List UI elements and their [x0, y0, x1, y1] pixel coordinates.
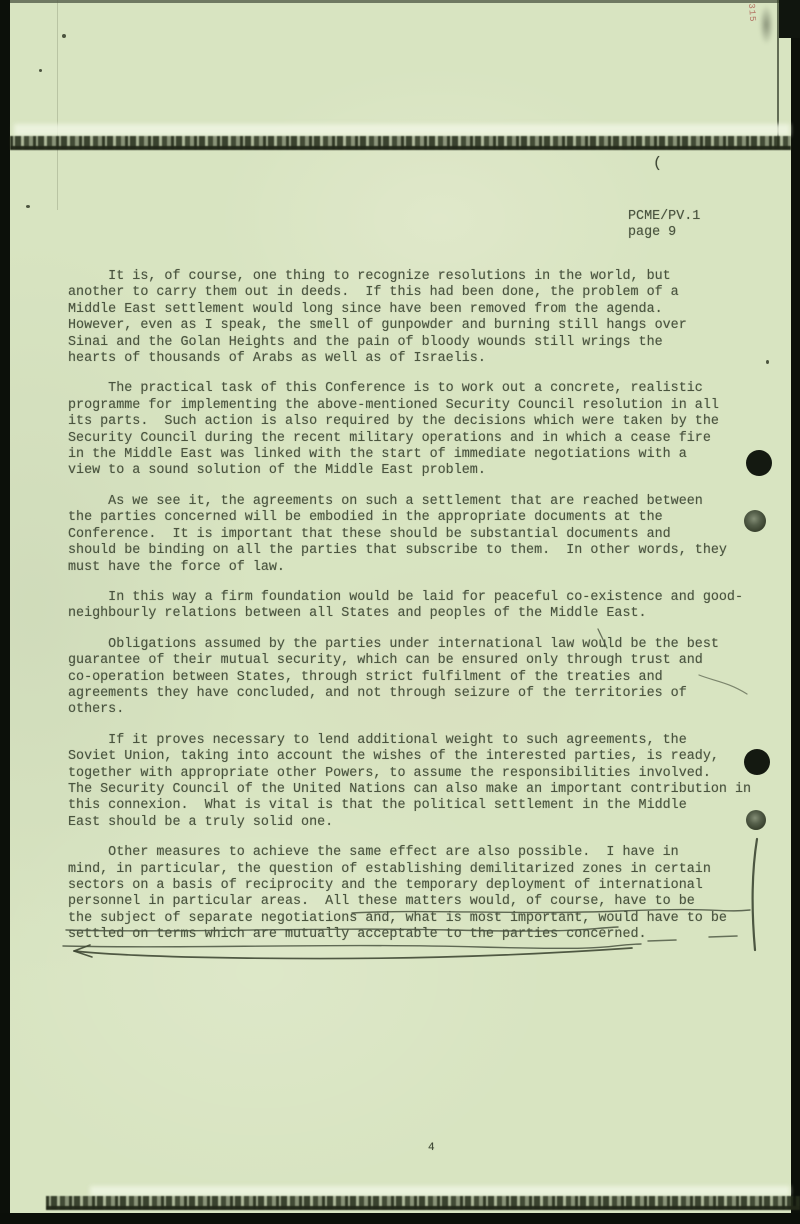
torn-edge-top — [10, 136, 791, 150]
page-number: page 9 — [628, 225, 700, 241]
scan-right-edge — [791, 0, 800, 1224]
paragraph-4: In this way a firm foundation would be l… — [68, 590, 774, 623]
document-body: It is, of course, one thing to recognize… — [68, 269, 774, 958]
paper-highlight-top — [14, 124, 790, 136]
paper-speck — [26, 205, 30, 208]
paragraph-2: The practical task of this Conference is… — [68, 381, 774, 479]
scanned-document-canvas: { "document": { "reference": "PCME/PV.1"… — [0, 0, 800, 1224]
paragraph-5: Obligations assumed by the parties under… — [68, 637, 774, 719]
scan-corner-block — [779, 0, 800, 38]
document-header: PCME/PV.1page 9 — [628, 209, 700, 242]
paper-speck — [39, 69, 42, 72]
document-reference: PCME/PV.1 — [628, 209, 700, 225]
paragraph-7: Other measures to achieve the same effec… — [68, 845, 774, 943]
paragraph-1: It is, of course, one thing to recognize… — [68, 269, 774, 367]
paper-speck — [62, 34, 66, 38]
paragraph-3: As we see it, the agreements on such a s… — [68, 494, 774, 576]
scan-left-edge — [0, 0, 10, 1224]
scan-top-edge — [0, 0, 800, 3]
scan-bottom-edge — [0, 1213, 800, 1224]
corner-scribble-mark: 315 — [746, 3, 757, 23]
paper-highlight-bottom — [90, 1186, 790, 1196]
torn-edge-bottom — [46, 1196, 800, 1210]
paragraph-6: If it proves necessary to lend additiona… — [68, 733, 774, 831]
stray-bracket-mark: ( — [653, 156, 662, 172]
page-fold-line-left — [57, 0, 58, 210]
footer-mark: 4 — [428, 1140, 435, 1156]
